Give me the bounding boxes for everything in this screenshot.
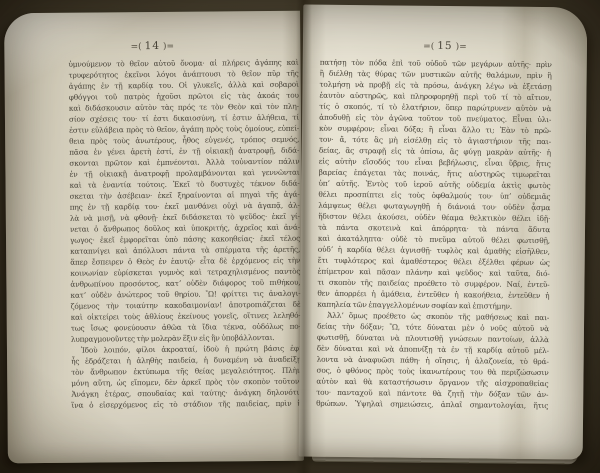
left-page: =(14)= ὑμνούμενον τὸ θεῖον αὐτοῦ ὄνομα· …	[4, 11, 304, 464]
left-page-text: ὑμνούμενον τὸ θεῖον αὐτοῦ ὄνομα· αἱ πλήρ…	[68, 57, 301, 411]
left-page-header: =(14)=	[4, 39, 300, 54]
header-ornament-right: )=	[456, 42, 467, 52]
book-photo: =(14)= ὑμνούμενον τὸ θεῖον αὐτοῦ ὄνομα· …	[0, 0, 600, 473]
right-page-number: 15	[434, 40, 455, 52]
header-ornament-right: )=	[163, 42, 174, 52]
text-line: ἵνα ὁ εἰσερχόμενος εἰς τὸ στάδιον τῆς πα…	[71, 398, 301, 411]
right-page-text: πατήσῃ τὸν πόδα ἐπὶ τοῦ οὐδοῦ τῶν μεγάρω…	[316, 57, 552, 411]
right-page-header: =(15)=	[303, 39, 587, 54]
header-ornament-left: =(	[423, 42, 434, 52]
left-page-number: 14	[142, 40, 163, 52]
text-line: θρώπων. Ὑψηλαὶ σημειώσεις, ἀπλαῖ σημαντο…	[316, 398, 548, 411]
header-ornament-left: =(	[131, 42, 142, 52]
right-page: =(15)= πατήσῃ τὸν πόδα ἐπὶ τοῦ οὐδοῦ τῶν…	[299, 5, 588, 460]
